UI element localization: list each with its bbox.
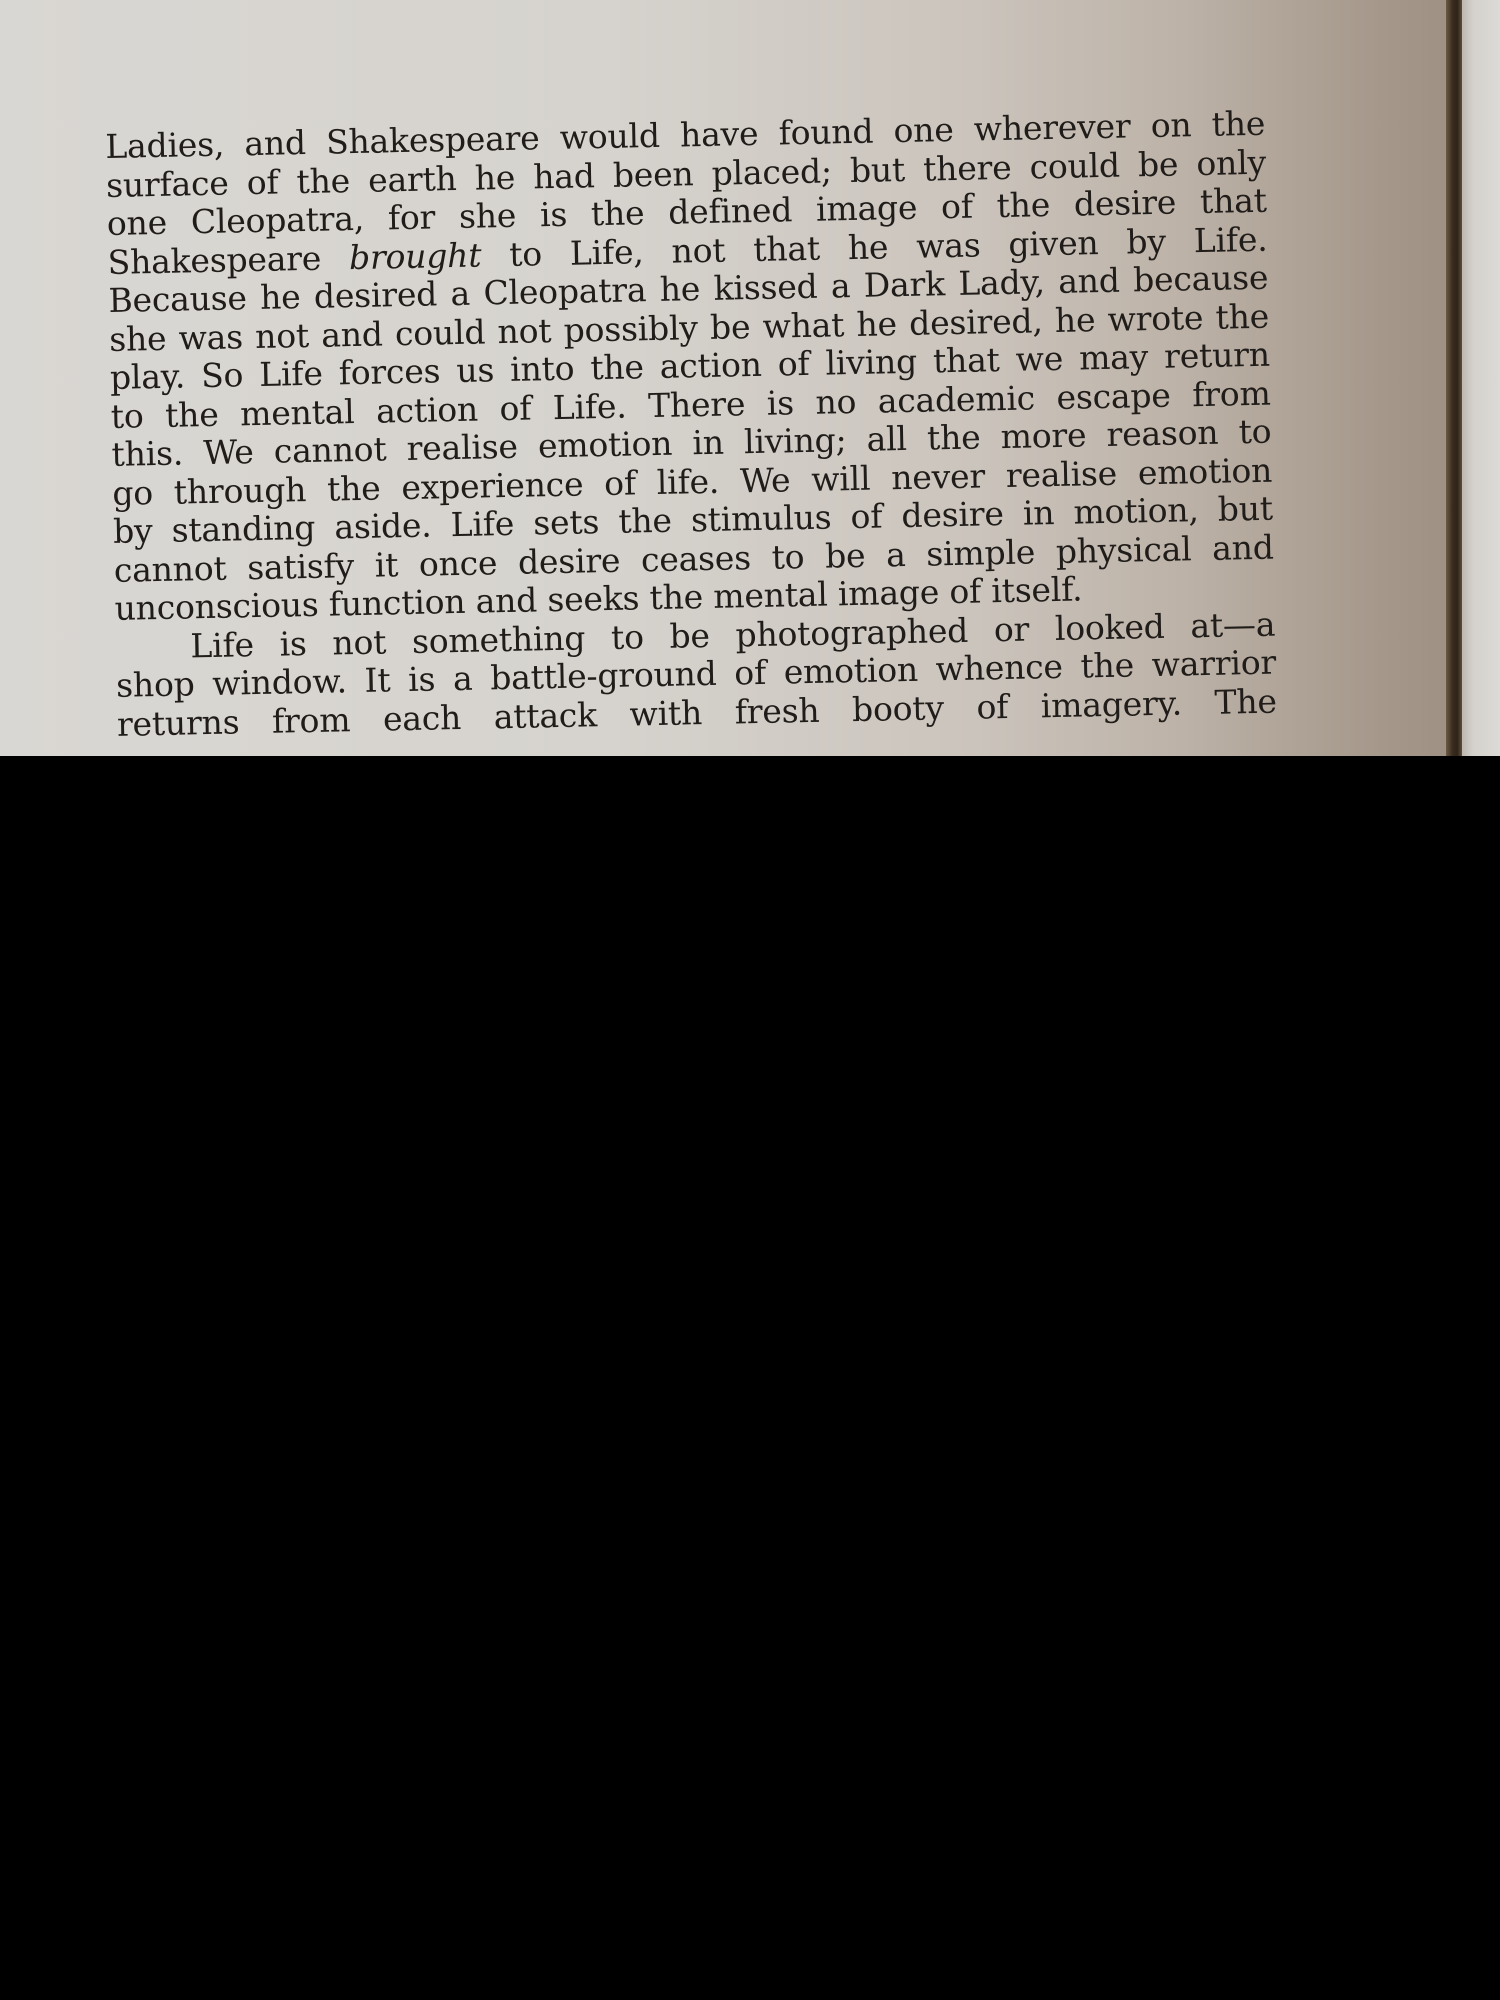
body-text: Ladies, and Shakespeare would have found… (105, 105, 1277, 744)
masked-region (0, 756, 1500, 2000)
paragraph-2: Life is not something to be photographed… (115, 605, 1277, 744)
italic-emphasis: brought (349, 235, 482, 277)
book-page-photo: Ladies, and Shakespeare would have found… (0, 0, 1500, 756)
book-binding-edge (1446, 0, 1462, 756)
text-run: Shakespeare (107, 238, 349, 282)
paragraph-1: Ladies, and Shakespeare would have found… (105, 105, 1275, 629)
adjacent-page-strip (1462, 0, 1500, 756)
